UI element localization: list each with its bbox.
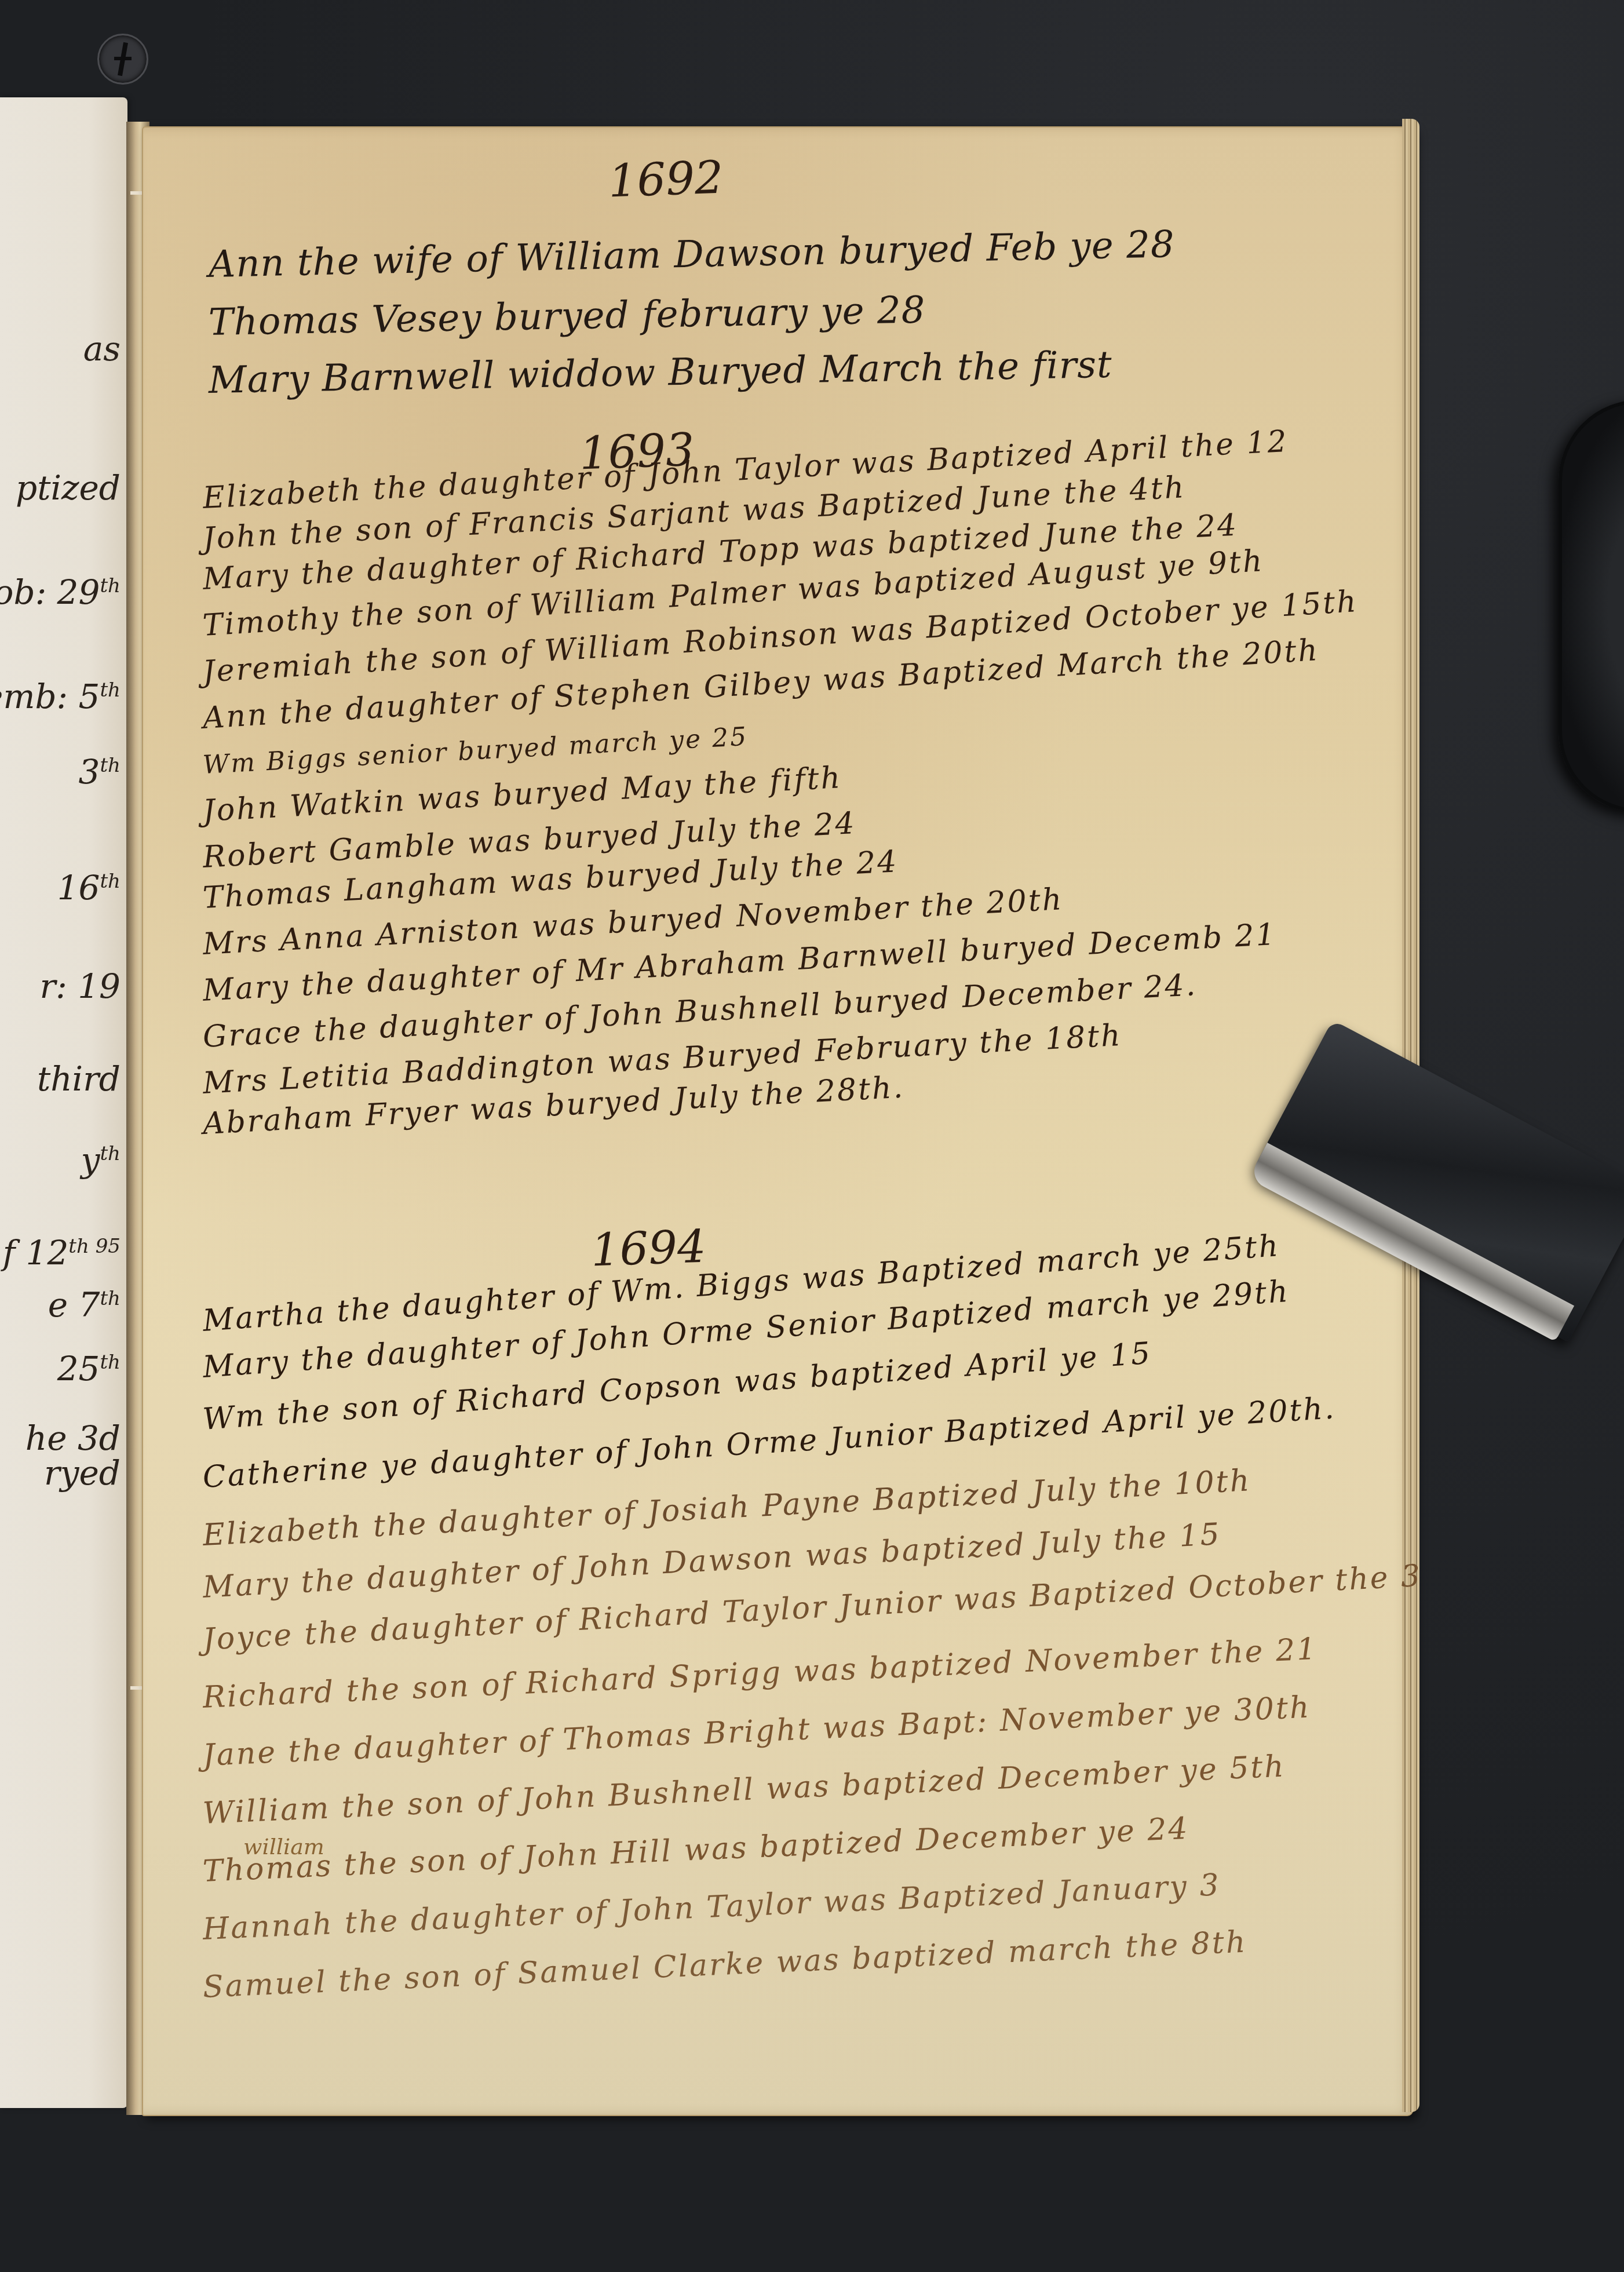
left-line: 16th bbox=[57, 868, 121, 907]
left-line: ptized bbox=[16, 468, 121, 508]
left-line: yth bbox=[81, 1140, 121, 1180]
left-line: ryed bbox=[44, 1453, 121, 1493]
left-line: 3th bbox=[79, 752, 121, 792]
left-page-fragment: as ptized Ŏob: 29th remb: 5th 3th 16th r… bbox=[0, 97, 127, 2108]
leather-book-weight bbox=[1559, 400, 1624, 812]
screw-icon bbox=[97, 34, 148, 85]
left-line: 25th bbox=[57, 1349, 121, 1388]
left-line: he 3d bbox=[25, 1418, 121, 1458]
year-heading: 1694 bbox=[590, 1221, 707, 1277]
left-line: r: 19 bbox=[39, 967, 121, 1006]
left-line: e 7th bbox=[48, 1285, 121, 1325]
left-line: Ŏob: 29th bbox=[0, 572, 121, 612]
year-heading: 1692 bbox=[607, 152, 724, 208]
left-line: as bbox=[83, 329, 121, 369]
left-line: remb: 5th bbox=[0, 677, 121, 716]
left-line: third bbox=[37, 1059, 121, 1099]
left-line: f 12th 95 bbox=[3, 1233, 121, 1272]
